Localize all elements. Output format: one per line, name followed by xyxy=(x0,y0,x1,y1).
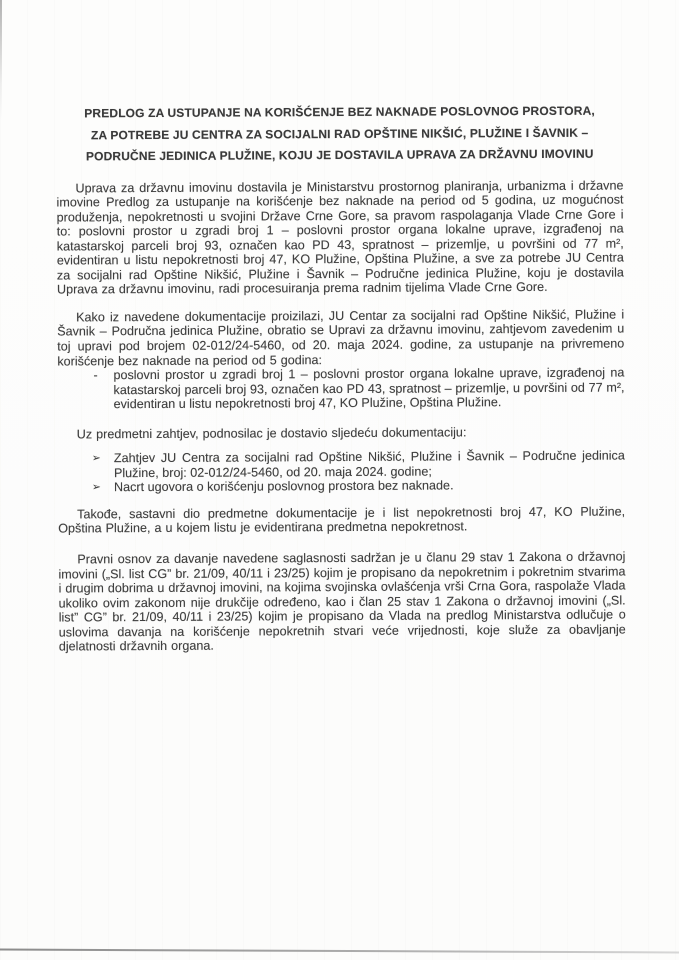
arrow-list: ➢ Zahtjev JU Centra za socijalni rad Opš… xyxy=(58,449,625,496)
dash-list-item-text: poslovni prostor u zgradi broj 1 – poslo… xyxy=(113,366,624,412)
paragraph-uz-predmetni-zahtjev: Uz predmetni zahtjev, podnosilac je dost… xyxy=(58,424,625,442)
document-title-line-1: PREDLOG ZA USTUPANJE NA KORIŠĆENJE BEZ N… xyxy=(56,101,623,125)
arrow-list-item-text: Nacrt ugovora o korišćenju poslovnog pro… xyxy=(114,479,454,495)
dash-bullet-icon: - xyxy=(93,368,97,383)
paragraph-uprava-dostavila: Uprava za državnu imovinu dostavila je M… xyxy=(56,178,624,297)
document-title-line-3: PODRUČNE JEDINICA PLUŽINE, KOJU JE DOSTA… xyxy=(56,144,623,168)
paragraph-kako-iz-dokumentacije: Kako iz navedene dokumentacije proizilaz… xyxy=(57,307,624,368)
paragraph-pravni-osnov: Pravni osnov za davanje navedene saglasn… xyxy=(58,549,626,654)
document-sheet: PREDLOG ZA USTUPANJE NA KORIŠĆENJE BEZ N… xyxy=(0,0,679,960)
arrow-list-item: ➢ Nacrt ugovora o korišćenju poslovnog p… xyxy=(58,478,625,496)
arrow-list-item-text: Zahtjev JU Centra za socijalni rad Opšti… xyxy=(114,449,625,480)
scan-left-edge xyxy=(0,0,2,120)
arrow-bullet-icon: ➢ xyxy=(92,481,101,496)
paragraph-takodje-sastavni-dio: Takođe, sastavni dio predmetne dokumenta… xyxy=(58,504,625,536)
document-content: PREDLOG ZA USTUPANJE NA KORIŠĆENJE BEZ N… xyxy=(56,101,626,655)
document-title: PREDLOG ZA USTUPANJE NA KORIŠĆENJE BEZ N… xyxy=(56,101,623,168)
arrow-bullet-icon: ➢ xyxy=(92,452,101,467)
dash-list: - poslovni prostor u zgradi broj 1 – pos… xyxy=(57,366,624,413)
document-title-line-2: ZA POTREBE JU CENTRA ZA SOCIJALNI RAD OP… xyxy=(56,122,623,146)
arrow-list-item: ➢ Zahtjev JU Centra za socijalni rad Opš… xyxy=(58,449,625,481)
document-page: { "page": { "paper_color": "#fcfcfb", "t… xyxy=(0,0,679,960)
dash-list-item: - poslovni prostor u zgradi broj 1 – pos… xyxy=(57,366,624,413)
scan-bottom-edge xyxy=(0,948,679,953)
